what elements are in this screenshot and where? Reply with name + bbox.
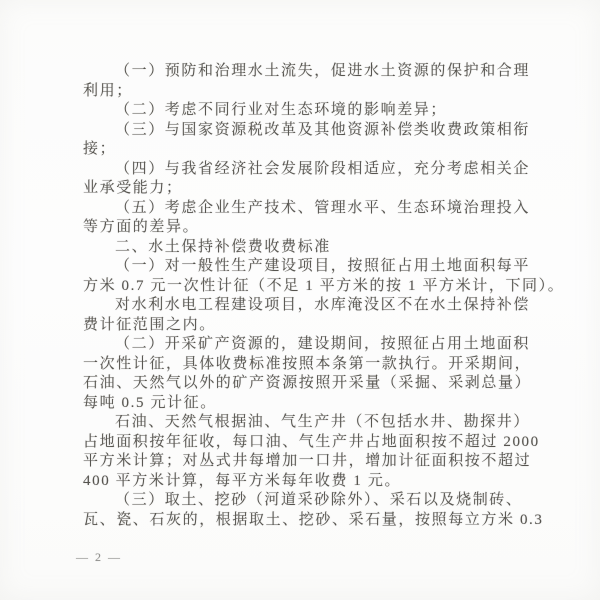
document-text-block: （一）预防和治理水土流失，促进水土资源的保护和合理 利用； （二）考虑不同行业对…: [83, 62, 543, 530]
text-line: 石油、天然气根据油、气生产井（不包括水井、勘探井）: [83, 413, 543, 433]
page-number: — 2 —: [76, 550, 122, 565]
text-line: 石油、天然气以外的矿产资源按照开采量（采掘、采剥总量）: [83, 374, 543, 394]
text-line: （四）与我省经济社会发展阶段相适应，充分考虑相关企: [83, 160, 543, 180]
text-line: 利用；: [83, 82, 543, 102]
text-line: （二）开采矿产资源的，建设期间，按照征占用土地面积: [83, 335, 543, 355]
text-line: 对水利水电工程建设项目，水库淹没区不在水土保持补偿: [83, 296, 543, 316]
text-line: （三）取土、挖砂（河道采砂除外）、采石以及烧制砖、: [83, 491, 543, 511]
text-line: （一）对一般性生产建设项目，按照征占用土地面积每平: [83, 257, 543, 277]
text-line: 每吨 0.5 元计征。: [83, 394, 543, 414]
text-line: （二）考虑不同行业对生态环境的影响差异；: [83, 101, 543, 121]
text-line: 业承受能力；: [83, 179, 543, 199]
text-line: （五）考虑企业生产技术、管理水平、生态环境治理投入: [83, 199, 543, 219]
text-line: 平方米计算；对丛式井每增加一口井，增加计征面积按不超过: [83, 452, 543, 472]
text-line: 400 平方米计算，每平方米每年收费 1 元。: [83, 472, 543, 492]
text-line: 费计征范围之内。: [83, 316, 543, 336]
text-line: 接；: [83, 140, 543, 160]
section-heading: 二、水土保持补偿费收费标准: [83, 238, 543, 258]
text-line: （三）与国家资源税改革及其他资源补偿类收费政策相衔: [83, 121, 543, 141]
text-line: 方米 0.7 元一次性计征（不足 1 平方米的按 1 平方米计，下同）。: [83, 277, 543, 297]
text-line: 占地面积按年征收，每口油、气生产井占地面积按不超过 2000: [83, 433, 543, 453]
text-line: 等方面的差异。: [83, 218, 543, 238]
document-page: （一）预防和治理水土流失，促进水土资源的保护和合理 利用； （二）考虑不同行业对…: [0, 0, 600, 600]
text-line: 瓦、瓷、石灰的，根据取土、挖砂、采石量，按照每立方米 0.3: [83, 511, 543, 531]
text-line: （一）预防和治理水土流失，促进水土资源的保护和合理: [83, 62, 543, 82]
text-line: 一次性计征，具体收费标准按照本条第一款执行。开采期间，: [83, 355, 543, 375]
